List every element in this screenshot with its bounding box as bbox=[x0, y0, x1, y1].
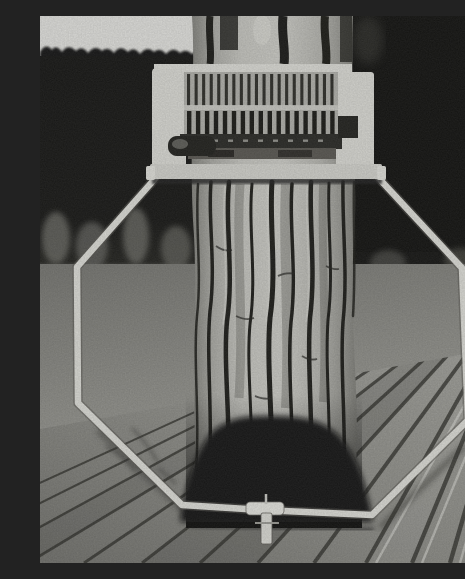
photo-canvas bbox=[40, 16, 465, 563]
photograph bbox=[40, 16, 465, 563]
photo-grain-light bbox=[40, 16, 465, 563]
